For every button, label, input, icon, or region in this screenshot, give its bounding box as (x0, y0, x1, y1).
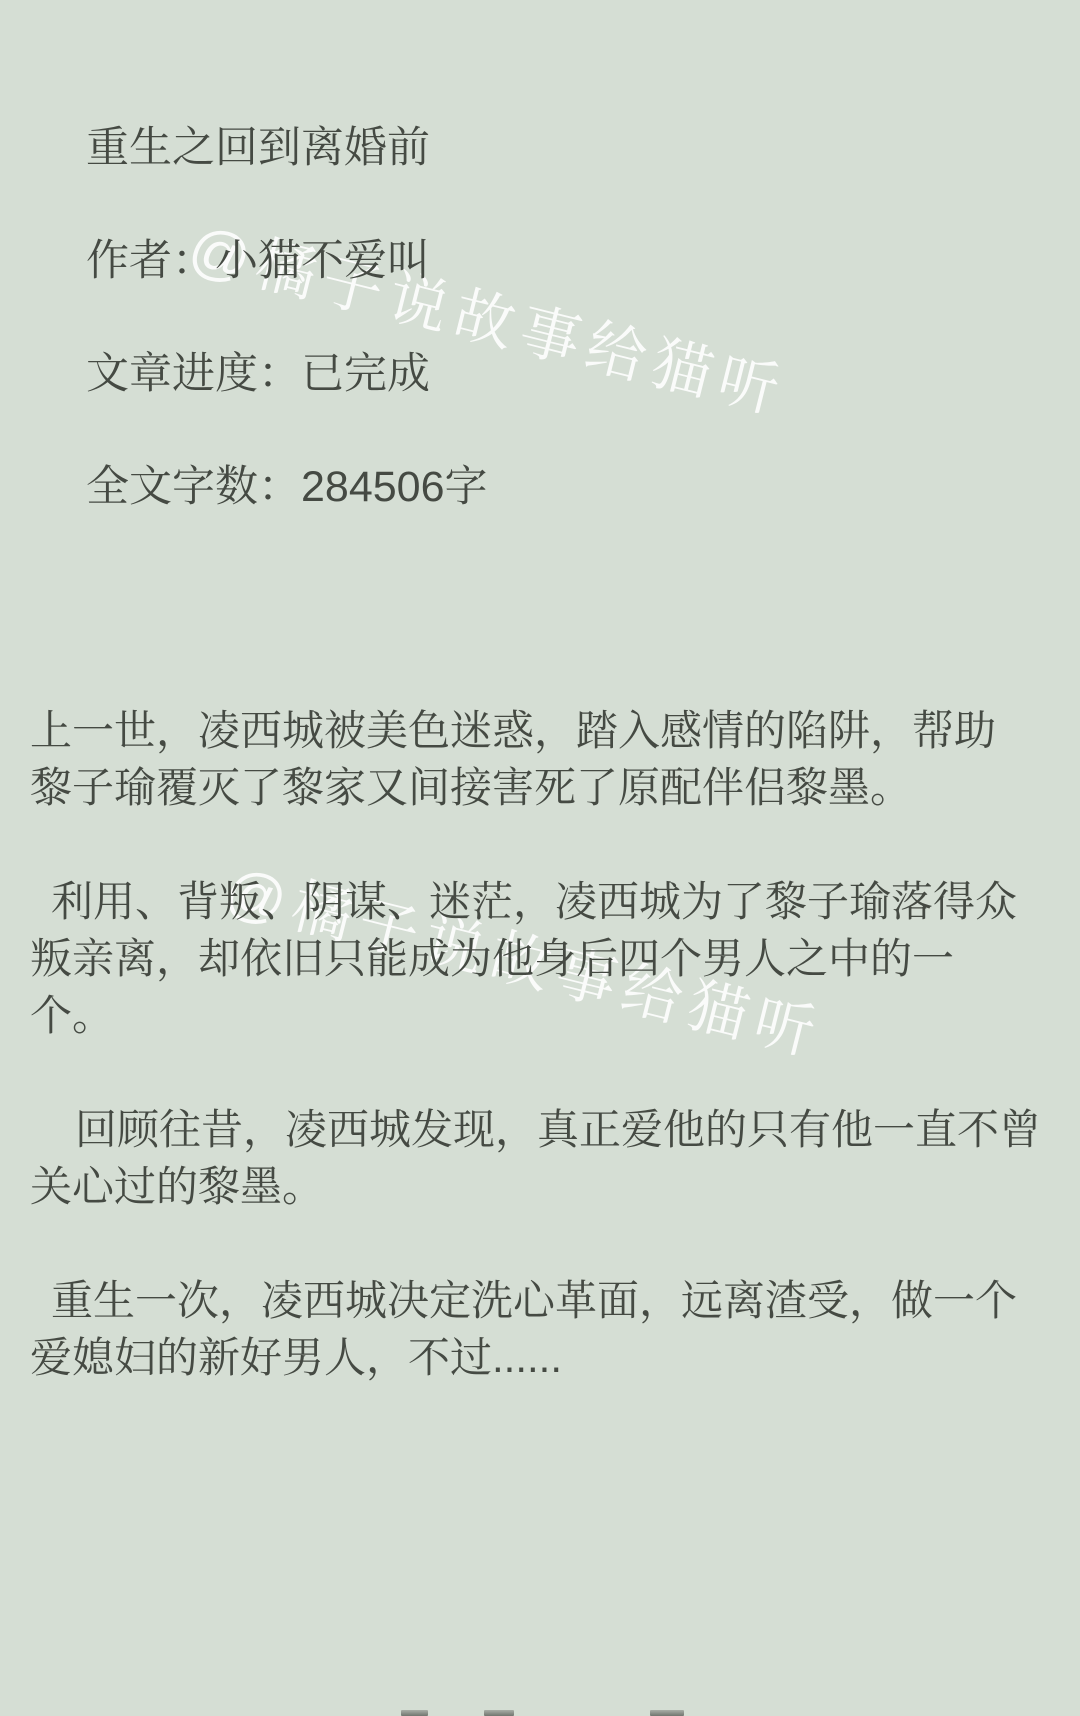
book-meta-block: 重生之回到离婚前 作者：小猫不爱叫 文章进度：已完成 全文字数：284506字 (86, 92, 488, 544)
cut-off-text-fragment (650, 1710, 684, 1716)
synopsis-paragraph-3: 回顾往昔，凌西城发现，真正爱他的只有他一直不曾 关心过的黎墨。 (30, 1101, 1062, 1215)
synopsis-block: 上一世，凌西城被美色迷惑，踏入感情的陷阱，帮助 黎子瑜覆灭了黎家又间接害死了原配… (30, 702, 1062, 1386)
book-word-count: 全文字数：284506字 (86, 431, 488, 544)
synopsis-paragraph-4: 重生一次，凌西城决定洗心革面，远离渣受，做一个 爱媳妇的新好男人，不过.....… (30, 1272, 1062, 1386)
book-author: 作者：小猫不爱叫 (86, 205, 488, 318)
synopsis-paragraph-1: 上一世，凌西城被美色迷惑，踏入感情的陷阱，帮助 黎子瑜覆灭了黎家又间接害死了原配… (30, 702, 1062, 816)
book-progress-status: 文章进度：已完成 (86, 318, 488, 431)
cut-off-text-fragment (484, 1710, 514, 1716)
novel-info-page: @橘子说故事给猫听 @橘子说故事给猫听 重生之回到离婚前 作者：小猫不爱叫 文章… (0, 0, 1080, 1716)
cut-off-text-fragment (401, 1710, 428, 1716)
book-title: 重生之回到离婚前 (86, 92, 488, 205)
synopsis-paragraph-2: 利用、背叛、阴谋、迷茫，凌西城为了黎子瑜落得众 叛亲离，却依旧只能成为他身后四个… (30, 873, 1062, 1044)
